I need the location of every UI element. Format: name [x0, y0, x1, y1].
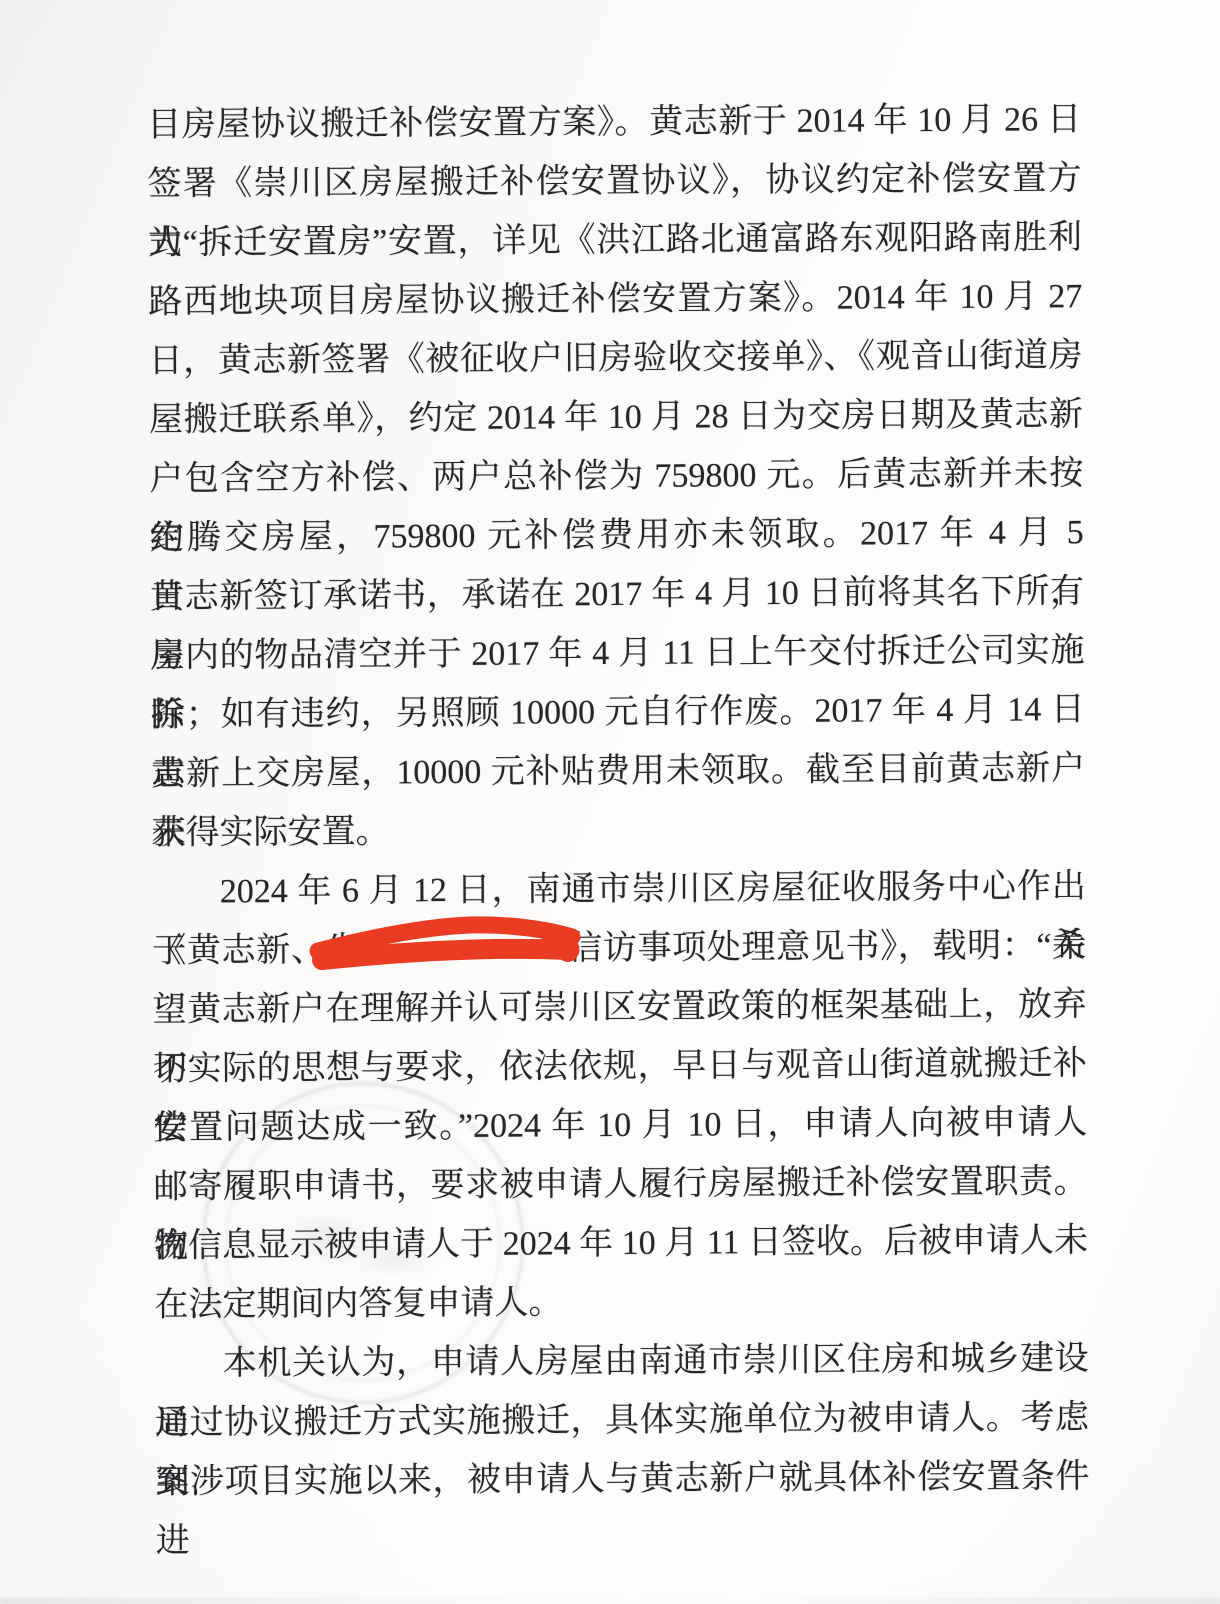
- text-line: 邮寄履职申请书，要求被申请人履行房屋搬迁补偿安置职责。物: [153, 1152, 1087, 1217]
- text-line: 路西地块项目房屋协议搬迁补偿安置方案》。2014 年 10 月 27: [148, 267, 1082, 332]
- text-line: 签署《崇川区房屋搬迁补偿安置协议》，协议约定补偿安置方式: [147, 149, 1081, 214]
- text-line: 定腾交房屋，759800 元补偿费用亦未领取。2017 年 4 月 5 日，: [150, 503, 1084, 568]
- text-line: 安置问题达成一致。”2024 年 10 月 10 日，申请人向被申请人: [153, 1093, 1087, 1158]
- text-line: 除；如有违约，另照顾 10000 元自行作废。2017 年 4 月 14 日黄: [151, 680, 1085, 745]
- page-edge-shadow: [0, 1598, 1220, 1604]
- text-line: 望黄志新户在理解并认可崇川区安置政策的框架基础上，放弃不: [152, 975, 1086, 1040]
- text-line: 切实际的思想与要求，依法依规，早日与观音山街道就搬迁补偿: [153, 1034, 1087, 1099]
- text-line: 目房屋协议搬迁补偿安置方案》。黄志新于 2014 年 10 月 26 日: [147, 90, 1081, 155]
- scanned-document-page: 目房屋协议搬迁补偿安置方案》。黄志新于 2014 年 10 月 26 日签署《崇…: [0, 0, 1220, 1604]
- text-line: 户包含空方补偿、两户总补偿为 759800 元。后黄志新并未按约: [149, 444, 1083, 509]
- text-line-redacted: 于黄志新、朱 信访事项处理意见书》，载明：“希: [152, 916, 1086, 981]
- text-line: 在法定期间内答复申请人。: [154, 1270, 1088, 1335]
- text-line: 案涉项目实施以来，被申请人与黄志新户就具体补偿安置条件进: [155, 1447, 1089, 1512]
- text-line: 黄志新签订承诺书，承诺在 2017 年 4 月 10 日前将其名下所有房: [150, 562, 1084, 627]
- text-line: 通过协议搬迁方式实施搬迁，具体实施单位为被申请人。考虑到: [155, 1388, 1089, 1453]
- text-line: 为“拆迁安置房”安置，详见《洪江路北通富路东观阳路南胜利: [148, 208, 1082, 273]
- text-line: 屋搬迁联系单》，约定 2014 年 10 月 28 日为交房日期及黄志新: [149, 385, 1083, 450]
- text-line: 流信息显示被申请人于 2024 年 10 月 11 日签收。后被申请人未: [154, 1211, 1088, 1276]
- text-line: 本机关认为，申请人房屋由南通市崇川区住房和城乡建设局: [155, 1329, 1089, 1394]
- text-line: 日，黄志新签署《被征收户旧房验收交接单》、《观音山街道房: [148, 326, 1082, 391]
- text-line: 屋内的物品清空并于 2017 年 4 月 11 日上午交付拆迁公司实施拆: [150, 621, 1084, 686]
- text-line: 志新上交房屋，10000 元补贴费用未领取。截至目前黄志新户未: [151, 739, 1085, 804]
- text-line: 获得实际安置。: [151, 798, 1085, 863]
- document-text: 目房屋协议搬迁补偿安置方案》。黄志新于 2014 年 10 月 26 日签署《崇…: [147, 90, 1090, 1512]
- text-line: 2024 年 6 月 12 日，南通市崇川区房屋征收服务中心作出《关: [152, 857, 1086, 922]
